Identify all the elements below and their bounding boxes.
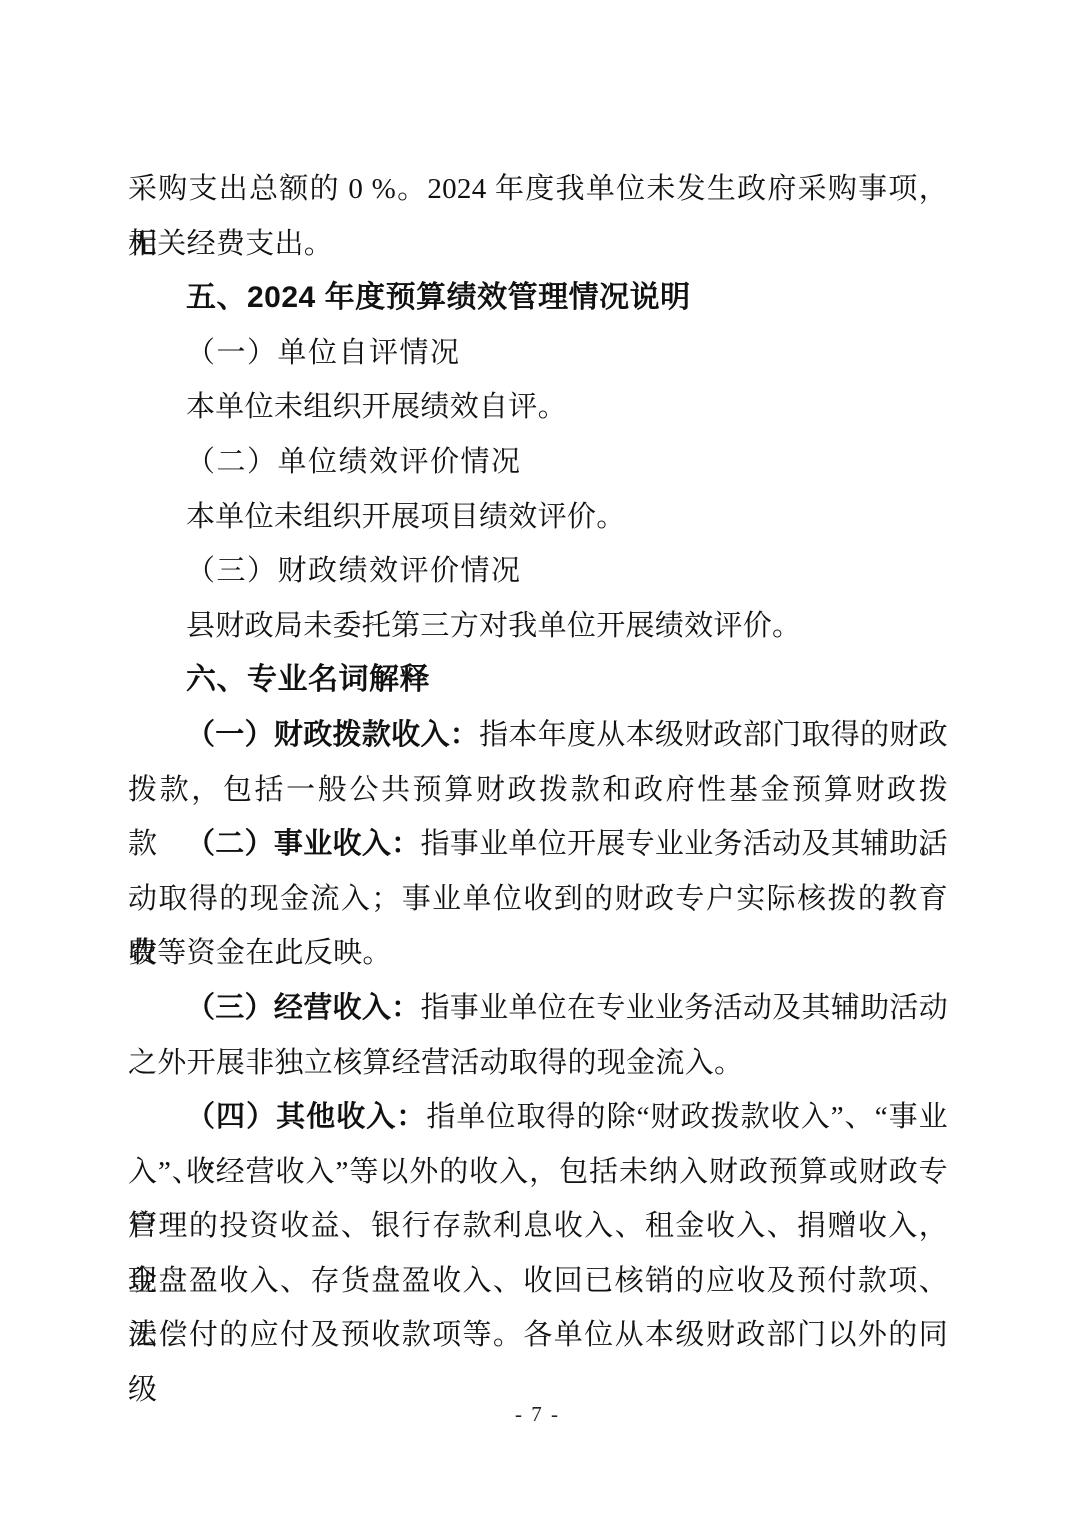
- term-label: （三）经营收入：: [186, 992, 420, 1024]
- term-definition: 指事业单位开展专业业务活动及其辅助活: [420, 828, 948, 860]
- text-line: （二）事业收入：指事业单位开展专业业务活动及其辅助活: [128, 817, 948, 872]
- text-line: 县财政局未委托第三方对我单位开展绩效评价。: [128, 599, 948, 654]
- document-lines: 采购支出总额的 0 %。2024 年度我单位未发生政府采购事项，无相关经费支出。…: [128, 162, 948, 1363]
- text-line: （三）经营收入：指事业单位在专业业务活动及其辅助活动: [128, 981, 948, 1036]
- text-line: 动取得的现金流入；事业单位收到的财政专户实际核拨的教育收: [128, 872, 948, 927]
- text-line: （一）财政拨款收入：指本年度从本级财政部门取得的财政: [128, 708, 948, 763]
- term-label: （二）事业收入：: [186, 828, 420, 860]
- text-line: （三）财政绩效评价情况: [128, 544, 948, 599]
- term-label: （四）其他收入：: [186, 1101, 426, 1133]
- text-line: 拨款，包括一般公共预算财政拨款和政府性基金预算财政拨款。: [128, 763, 948, 818]
- text-line: 法偿付的应付及预收款项等。各单位从本级财政部门以外的同级: [128, 1308, 948, 1363]
- text-line: （二）单位绩效评价情况: [128, 435, 948, 490]
- text-line: 管理的投资收益、银行存款利息收入、租金收入、捐赠收入，现: [128, 1199, 948, 1254]
- page-number: - 7 -: [515, 1402, 560, 1426]
- text-line: 入”、“经营收入”等以外的收入，包括未纳入财政预算或财政专户: [128, 1145, 948, 1200]
- text-line: （一）单位自评情况: [128, 326, 948, 381]
- text-line: 之外开展非独立核算经营活动取得的现金流入。: [128, 1036, 948, 1091]
- page-footer: - 7 -: [0, 1402, 1075, 1427]
- text-line: 本单位未组织开展绩效自评。: [128, 380, 948, 435]
- text-line: 金盘盈收入、存货盘盈收入、收回已核销的应收及预付款项、无: [128, 1254, 948, 1309]
- text-line: （四）其他收入：指单位取得的除“财政拨款收入”、“事业收: [128, 1090, 948, 1145]
- text-line: 五、2024 年度预算绩效管理情况说明: [128, 271, 948, 326]
- term-definition: 指本年度从本级财政部门取得的财政: [479, 719, 948, 751]
- text-line: 采购支出总额的 0 %。2024 年度我单位未发生政府采购事项，无: [128, 162, 948, 217]
- text-line: 六、专业名词解释: [128, 653, 948, 708]
- document-page: 采购支出总额的 0 %。2024 年度我单位未发生政府采购事项，无相关经费支出。…: [0, 0, 1075, 1520]
- text-line: 费等资金在此反映。: [128, 926, 948, 981]
- term-label: （一）财政拨款收入：: [186, 719, 479, 751]
- text-line: 相关经费支出。: [128, 217, 948, 272]
- term-definition: 指事业单位在专业业务活动及其辅助活动: [420, 992, 948, 1024]
- text-line: 本单位未组织开展项目绩效评价。: [128, 490, 948, 545]
